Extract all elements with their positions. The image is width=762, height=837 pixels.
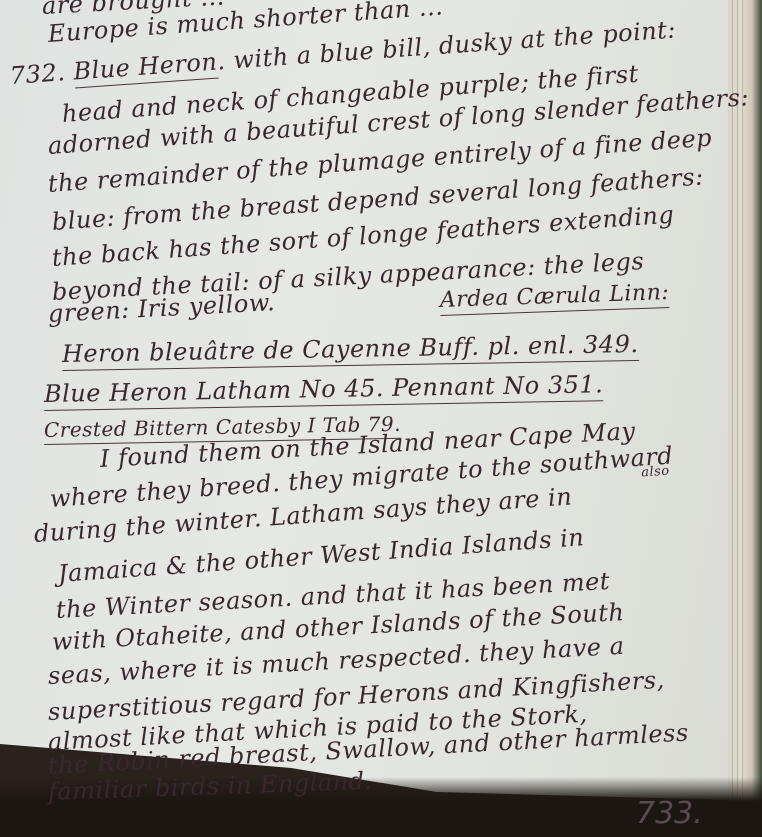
page-stack-edge bbox=[728, 0, 762, 837]
page-number: 733. bbox=[636, 796, 703, 831]
handwritten-text: are brought ... Europe is much shorter t… bbox=[0, 0, 728, 837]
entry-title: Blue Heron bbox=[72, 48, 218, 89]
reference-latham-pennant: Blue Heron Latham No 45. Pennant No 351. bbox=[44, 370, 604, 411]
entry-number: 732. bbox=[9, 58, 66, 90]
insertion-also: also bbox=[641, 464, 670, 481]
latin-name: Ardea Cærula Linn: bbox=[440, 280, 670, 316]
reference-buffon: Heron bleuâtre de Cayenne Buff. pl. enl.… bbox=[62, 330, 639, 371]
